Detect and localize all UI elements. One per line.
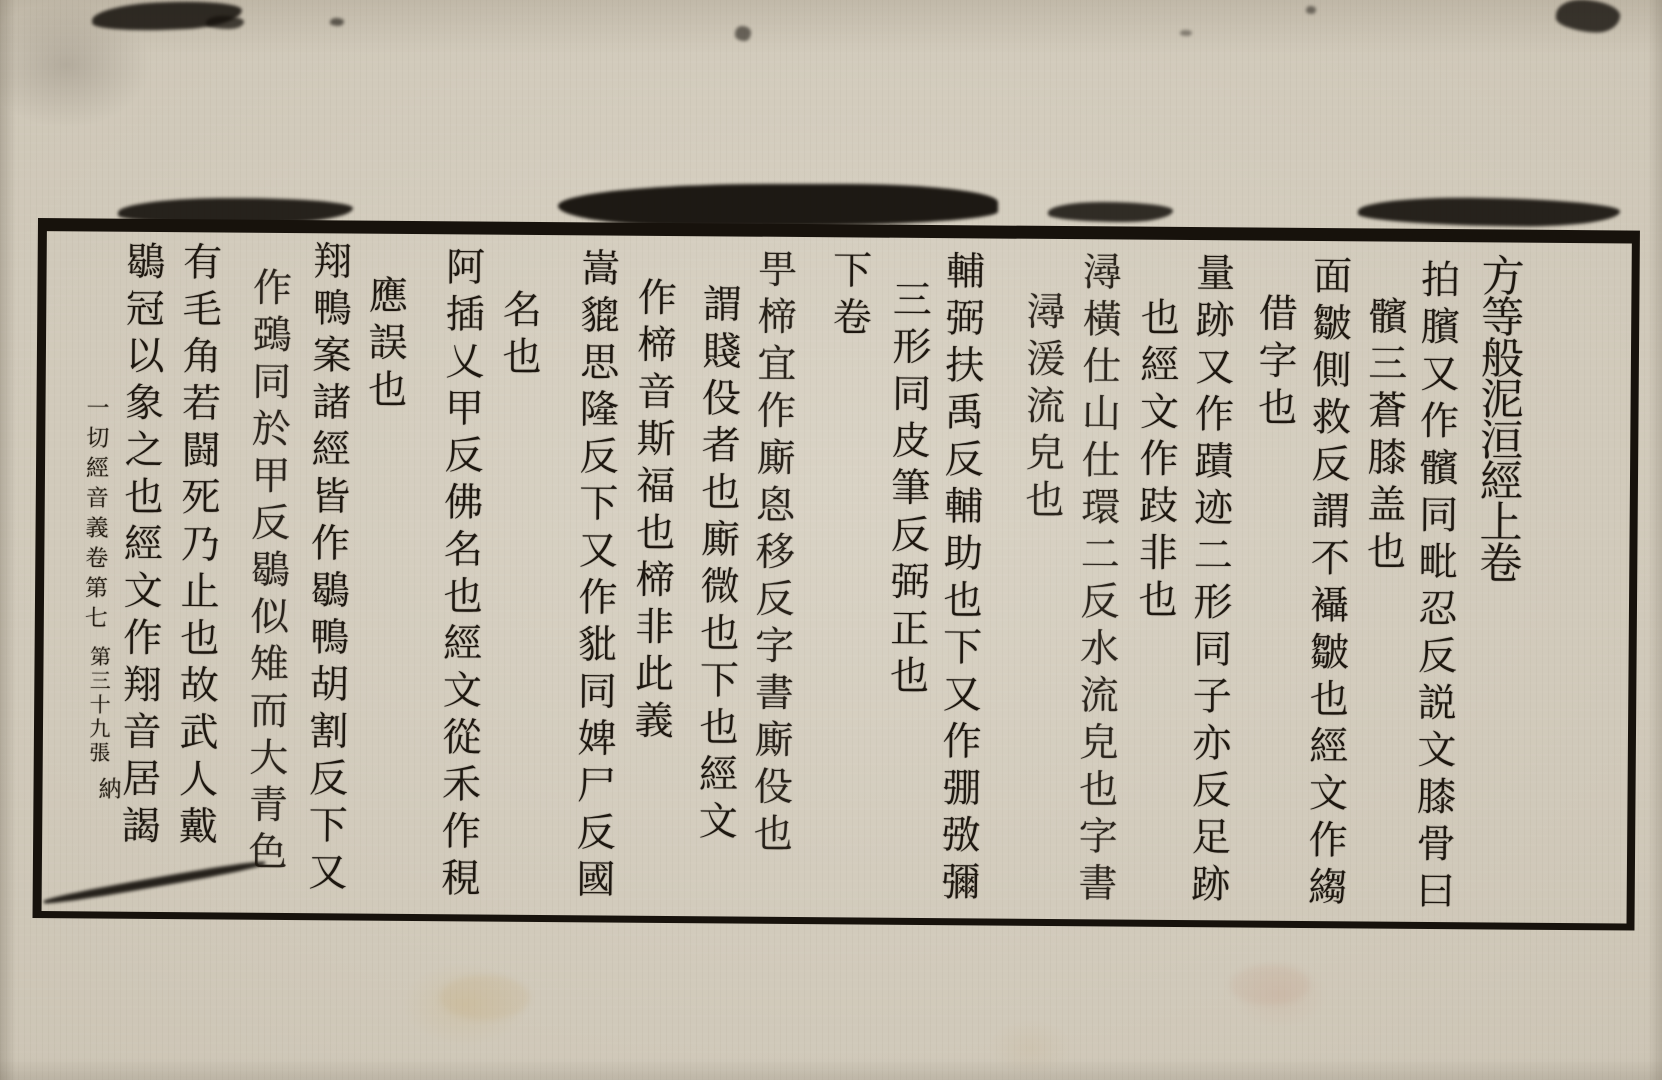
text-frame-border: 方等般泥洹經上卷 拍臏又作髕同毗忍反説文膝骨曰 髕三蒼膝盖也 面皺側救反謂不襵皺… <box>33 218 1640 931</box>
text-column-02: 拍臏又作髕同毗忍反説文膝骨曰 <box>1413 259 1457 917</box>
text-column-06: 量跡又作蹟迹二形同子亦反足跡 <box>1188 252 1232 910</box>
text-column-12: 下卷 <box>829 249 869 343</box>
manuscript-page: 方等般泥洹經上卷 拍臏又作髕同毗忍反説文膝骨曰 髕三蒼膝盖也 面皺側救反謂不襵皺… <box>0 0 1662 1080</box>
text-column-21: 作鵶同於甲反鶡似雉而大青色 <box>245 267 289 878</box>
text-column-19: 應誤也 <box>364 275 404 416</box>
text-column-04: 面皺側救反謂不襵皺也經文作縐 <box>1305 255 1349 913</box>
ink-smudge <box>1180 30 1192 36</box>
text-column-18: 阿插乂甲反佛名也經文從禾作䅐 <box>438 246 482 904</box>
ink-smudge <box>330 18 344 26</box>
text-column-23: 鶡冠以象之也經文作翔音居謁 <box>118 241 162 852</box>
text-column-13: 甼楴宜作廝恖移反字書廝伇也 <box>750 249 794 860</box>
ink-smudge <box>1555 0 1621 34</box>
ink-smudge <box>735 26 751 41</box>
ink-smudge <box>1048 202 1173 222</box>
colophon-case-mark: 納 <box>95 776 118 806</box>
title-column: 方等般泥洹經上卷 <box>1475 253 1521 581</box>
text-column-22: 有毛角若闘死乃止也故武人戴 <box>175 241 219 852</box>
ink-smudge <box>1306 6 1316 14</box>
text-column-10: 輔弼扶禹反輔助也下又作弸㢸彌 <box>938 250 982 908</box>
text-column-20: 翔鴨案諸經皆作鶡鴨胡割反下又 <box>305 240 349 898</box>
text-column-16: 嵩貔思隆反下又作豼同婢尸反國 <box>573 247 617 905</box>
ink-smudge <box>558 184 998 226</box>
colophon-series: 一切經音義卷第七 <box>82 395 107 635</box>
text-column-15: 作楴音斯福也楴非此義 <box>631 277 674 747</box>
text-column-05: 借字也 <box>1254 293 1294 434</box>
text-column-03: 髕三蒼膝盖也 <box>1363 295 1404 577</box>
text-column-08: 潯橫仕山仕環二反水流皃也字書 <box>1075 251 1119 909</box>
text-column-17: 名也 <box>499 289 539 383</box>
text-column-11: 三形同皮筆反弼正也 <box>886 279 928 702</box>
text-column-14: 謂賤伇者也廝微也下也經文 <box>695 283 738 847</box>
ink-smudge <box>1358 197 1620 228</box>
paper-stain <box>1230 965 1310 1005</box>
paper-stain <box>440 975 530 1020</box>
ink-smudge <box>206 16 244 29</box>
colophon-sheet-number: 第三十九張 <box>88 645 110 765</box>
text-column-09: 潯湲流皃也 <box>1022 291 1063 526</box>
text-column-07: 也經文作跂非也 <box>1135 297 1177 626</box>
